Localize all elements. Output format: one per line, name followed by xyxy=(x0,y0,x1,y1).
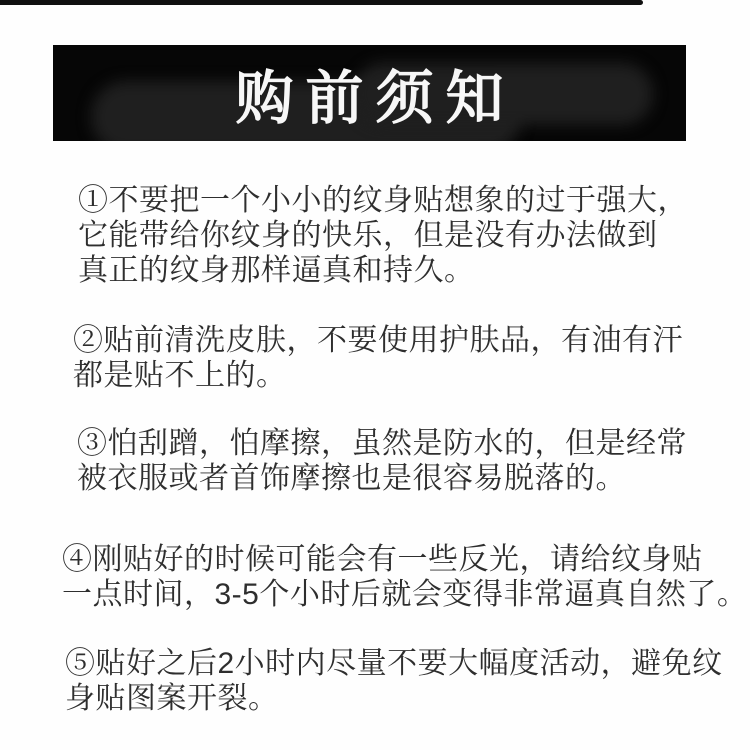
notice-line: ①不要把一个小小的纹身贴想象的过于强大， xyxy=(78,183,688,218)
notice-line: 被衣服或者首饰摩擦也是很容易脱落的。 xyxy=(77,461,687,496)
notice-item-2: ②贴前清洗皮肤，不要使用护肤品，有油有汗 都是贴不上的。 xyxy=(73,323,683,393)
top-decoration-line xyxy=(0,0,643,5)
notice-line: ⑤贴好之后2小时内尽量不要大幅度活动，避免纹 xyxy=(65,646,723,681)
notice-line: 它能带给你纹身的快乐，但是没有办法做到 xyxy=(78,218,688,253)
notice-line: ③怕刮蹭，怕摩擦，虽然是防水的，但是经常 xyxy=(77,426,687,461)
notice-line: 身贴图案开裂。 xyxy=(65,681,723,716)
title-banner: 购前须知 xyxy=(53,45,686,141)
notice-item-5: ⑤贴好之后2小时内尽量不要大幅度活动，避免纹 身贴图案开裂。 xyxy=(65,646,723,716)
notice-item-3: ③怕刮蹭，怕摩擦，虽然是防水的，但是经常 被衣服或者首饰摩擦也是很容易脱落的。 xyxy=(77,426,687,496)
page-title: 购前须知 xyxy=(53,45,686,141)
notice-line: 真正的纹身那样逼真和持久。 xyxy=(78,253,688,288)
notice-line: 都是贴不上的。 xyxy=(73,358,683,393)
notice-item-4: ④刚贴好的时候可能会有一些反光，请给纹身贴 一点时间，3-5个小时后就会变得非常… xyxy=(62,542,747,612)
notice-item-1: ①不要把一个小小的纹身贴想象的过于强大， 它能带给你纹身的快乐，但是没有办法做到… xyxy=(78,183,688,288)
purchase-notice-page: 购前须知 ①不要把一个小小的纹身贴想象的过于强大， 它能带给你纹身的快乐，但是没… xyxy=(0,0,750,750)
notice-line: 一点时间，3-5个小时后就会变得非常逼真自然了。 xyxy=(62,577,747,612)
notice-line: ④刚贴好的时候可能会有一些反光，请给纹身贴 xyxy=(62,542,747,577)
notice-line: ②贴前清洗皮肤，不要使用护肤品，有油有汗 xyxy=(73,323,683,358)
